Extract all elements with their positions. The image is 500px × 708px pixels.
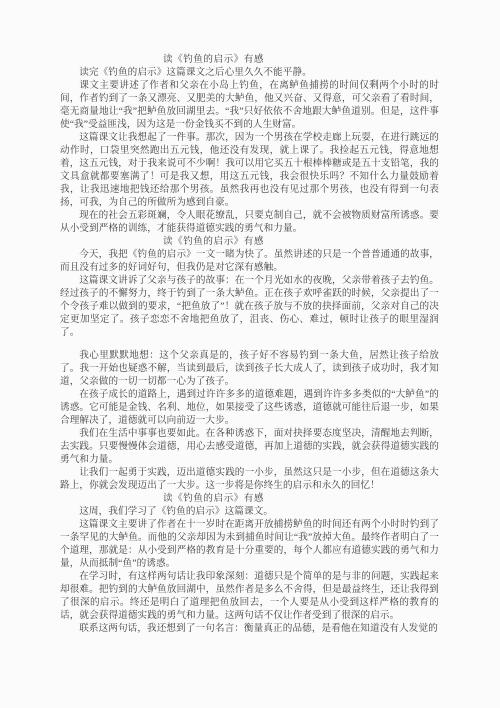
essay-title: 读《钓鱼的启示》有感 — [60, 492, 439, 505]
paragraph: 这篇课文讲诉了父亲与孩子的故事：在一个月光如水的夜晚，父亲带着孩子去钓鱼。经过孩… — [60, 274, 439, 339]
paragraph: 课文主要讲述了作者和父亲在小岛上钓鱼，在离鲈鱼捕捞的时间仅剩两个小时的时间，作者… — [60, 79, 439, 131]
document-page: 读《钓鱼的启示》有感 读完《钓鱼的启示》这篇课文之后心里久久不能平静。 课文主要… — [0, 0, 500, 708]
paragraph: 我心里默默地想：这个父亲真是的，孩子好不容易钓到一条大鱼，居然让孩子给放了。我一… — [60, 349, 439, 388]
paragraph: 联系这两句话，我还想到了一句名言：衡量真正的品德，是看他在知道没有人发觉的 — [60, 622, 439, 635]
paragraph: 现在的社会五彩斑斓，令人眼花缭乱，只要克制自己，就不会被物质财富所诱惑。要从小受… — [60, 209, 439, 235]
paragraph: 让我们一起勇于实践，迈出道德实践的一小步，虽然这只是一小步，但在道德这条大路上，… — [60, 466, 439, 492]
essay-title: 读《钓鱼的启示》有感 — [60, 53, 439, 66]
paragraph: 我们在生活中事事也要如此。在各种诱惑下，面对抉择要态度坚决，清醒地去判断，去实践… — [60, 427, 439, 466]
paragraph: 这篇课文让我想起了一件事。那次，因为一个男孩在学校走廊上玩耍，在进行跳远的动作时… — [60, 131, 439, 209]
paragraph: 在孩子成长的道路上，遇到过许许多多的道德难题，遇到许许多多类似的“大鲈鱼”的诱惑… — [60, 388, 439, 427]
document-content: 读《钓鱼的启示》有感 读完《钓鱼的启示》这篇课文之后心里久久不能平静。 课文主要… — [60, 53, 439, 635]
paragraph: 今天，我把《钓鱼的启示》一文一睹为快了。虽然讲述的只是一个普普通通的故事，而且没… — [60, 248, 439, 274]
paragraph: 这篇课文主要讲了作者在十一岁时在距离开放捕捞鲈鱼的时间还有两个小时时钓到了一条罕… — [60, 518, 439, 570]
paragraph: 在学习时，有这样两句话让我印象深刻：道德只是个简单的是与非的问题，实践起来却很难… — [60, 570, 439, 622]
paragraph: 读完《钓鱼的启示》这篇课文之后心里久久不能平静。 — [60, 66, 439, 79]
paragraph: 这周，我们学习了《钓鱼的启示》这篇课文。 — [60, 505, 439, 518]
essay-title: 读《钓鱼的启示》有感 — [60, 235, 439, 248]
